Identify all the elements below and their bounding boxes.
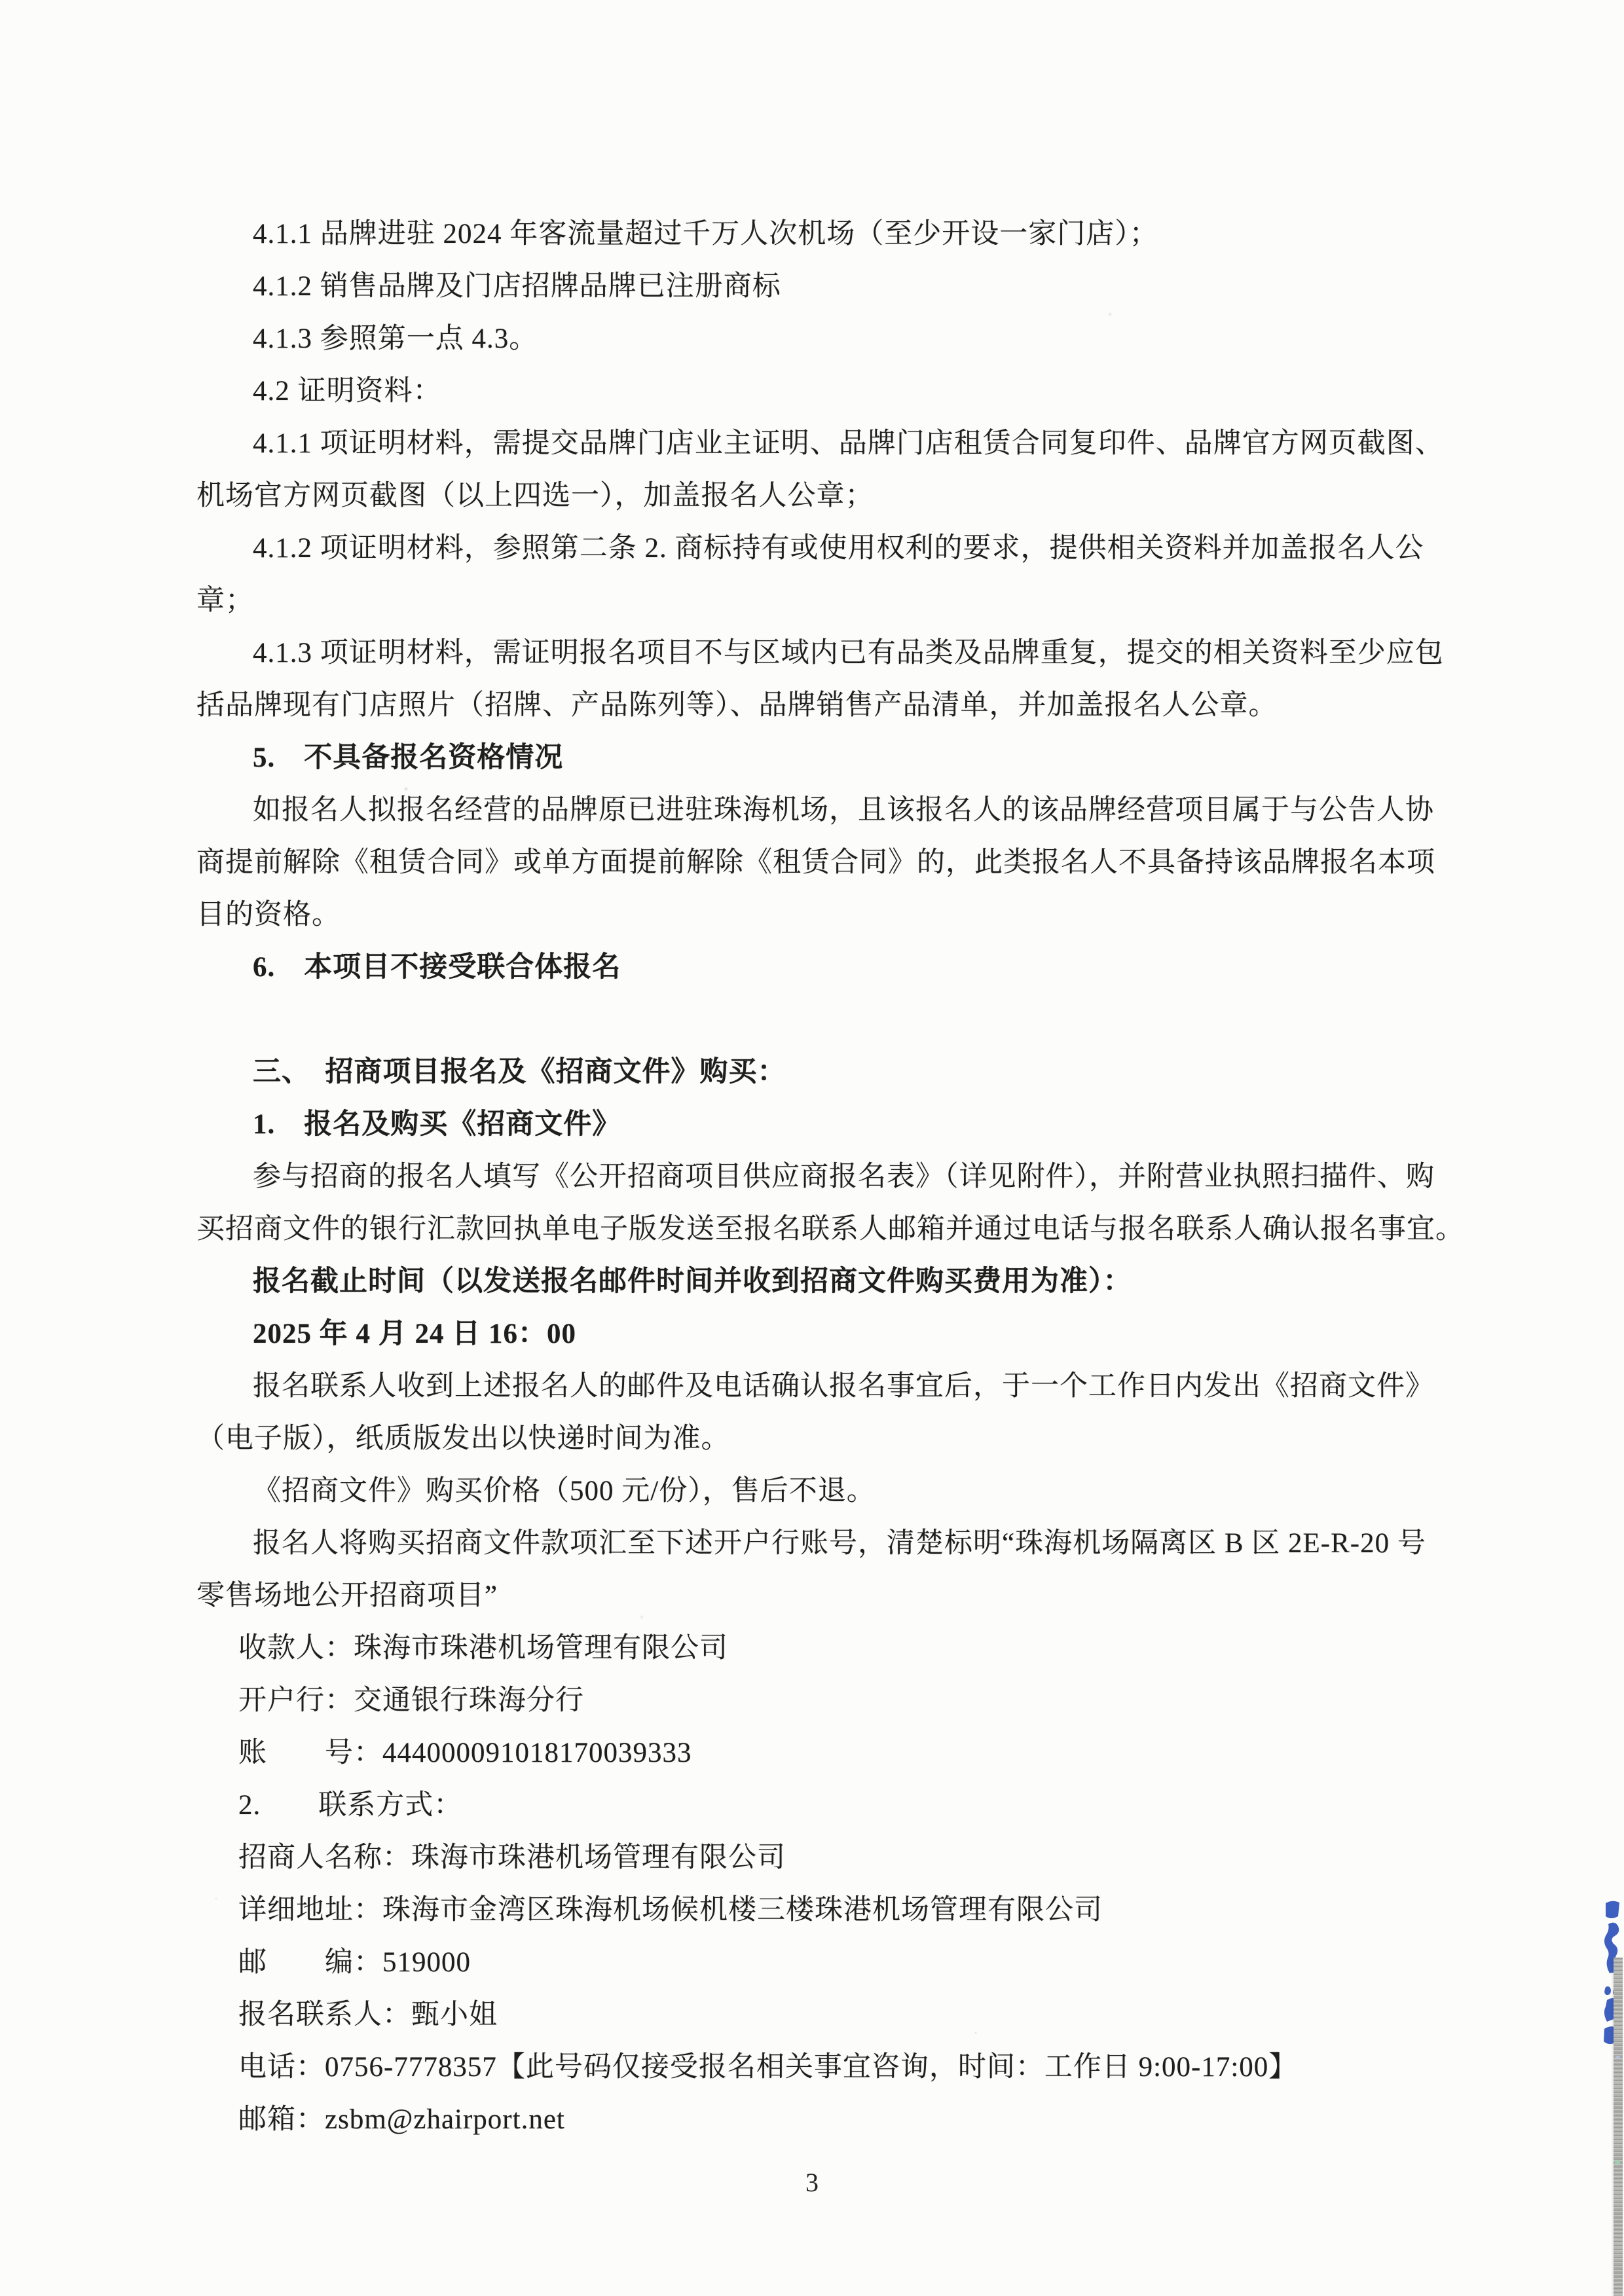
account-number-line: 账 号：444000091018170039333 xyxy=(196,1727,1447,1779)
scan-color-fleck xyxy=(1615,2160,1620,2164)
doc-line: 4.1.2 销售品牌及门店招牌品牌已注册商标 xyxy=(196,261,1447,313)
doc-line: 买招商文件的银行汇款回执单电子版发送至报名联系人邮箱并通过电话与报名联系人确认报… xyxy=(196,1203,1447,1256)
doc-line: 4.1.3 项证明材料，需证明报名项目不与区域内已有品类及品牌重复，提交的相关资… xyxy=(196,627,1447,680)
doc-line: 商提前解除《租赁合同》或单方面提前解除《租赁合同》的，此类报名人不具备持该品牌报… xyxy=(196,837,1447,889)
scanned-document-page: 4.1.1 品牌进驻 2024 年客流量超过千万人次机场（至少开设一家门店）； … xyxy=(0,0,1624,2296)
document-body: 4.1.1 品牌进驻 2024 年客流量超过千万人次机场（至少开设一家门店）； … xyxy=(196,208,1447,2146)
doc-line: 括品牌现有门店照片（招牌、产品陈列等）、品牌销售产品清单，并加盖报名人公章。 xyxy=(196,680,1447,732)
email-line: 邮箱：zsbm@zhairport.net xyxy=(196,2094,1447,2146)
address-line: 详细地址：珠海市金湾区珠海机场候机楼三楼珠港机场管理有限公司 xyxy=(196,1884,1447,1937)
doc-line: 4.1.3 参照第一点 4.3。 xyxy=(196,313,1447,365)
page-number: 3 xyxy=(0,2167,1624,2198)
doc-line: 4.1.1 项证明材料，需提交品牌门店业主证明、品牌门店租赁合同复印件、品牌官方… xyxy=(196,418,1447,470)
scan-color-fleck xyxy=(1615,2056,1620,2058)
doc-line: 4.1.2 项证明材料，参照第二条 2. 商标持有或使用权利的要求，提供相关资料… xyxy=(196,522,1447,575)
doc-line: 如报名人拟报名经营的品牌原已进驻珠海机场，且该报名人的该品牌经营项目属于与公告人… xyxy=(196,784,1447,837)
doc-line: （电子版），纸质版发出以快递时间为准。 xyxy=(196,1413,1447,1465)
doc-line: 参与招商的报名人填写《公开招商项目供应商报名表》（详见附件），并附营业执照扫描件… xyxy=(196,1151,1447,1203)
payee-line: 收款人：珠海市珠港机场管理有限公司 xyxy=(196,1622,1447,1675)
doc-line: 零售场地公开招商项目” xyxy=(196,1570,1447,1622)
heading-section-three: 三、 招商项目报名及《招商文件》购买： xyxy=(196,1046,1447,1099)
heading-no-qualification: 5. 不具备报名资格情况 xyxy=(196,732,1447,784)
doc-line: 章； xyxy=(196,575,1447,627)
doc-line: 4.1.1 品牌进驻 2024 年客流量超过千万人次机场（至少开设一家门店）； xyxy=(196,208,1447,261)
heading-signup-purchase: 1. 报名及购买《招商文件》 xyxy=(196,1099,1447,1151)
contact-person-line: 报名联系人：甄小姐 xyxy=(196,1989,1447,2041)
doc-line: 机场官方网页截图（以上四选一），加盖报名人公章； xyxy=(196,470,1447,522)
deadline-datetime: 2025 年 4 月 24 日 16：00 xyxy=(196,1308,1447,1360)
recruiter-name-line: 招商人名称：珠海市珠港机场管理有限公司 xyxy=(196,1832,1447,1884)
phone-line: 电话：0756-7778357【此号码仅接受报名相关事宜咨询，时间：工作日 9:… xyxy=(196,2041,1447,2094)
bank-line: 开户行：交通银行珠海分行 xyxy=(196,1675,1447,1727)
doc-line: 目的资格。 xyxy=(196,889,1447,941)
doc-line: 报名人将购买招商文件款项汇至下述开户行账号，清楚标明“珠海机场隔离区 B 区 2… xyxy=(196,1518,1447,1570)
blank-line xyxy=(196,994,1447,1046)
doc-line: 4.2 证明资料： xyxy=(196,365,1447,418)
scan-edge-artifact xyxy=(1614,1958,1623,2296)
contact-heading-line: 2. 联系方式： xyxy=(196,1779,1447,1832)
doc-line: 《招商文件》购买价格（500 元/份），售后不退。 xyxy=(196,1465,1447,1518)
doc-line: 报名联系人收到上述报名人的邮件及电话确认报名事宜后，于一个工作日内发出《招商文件… xyxy=(196,1360,1447,1413)
heading-no-consortium: 6. 本项目不接受联合体报名 xyxy=(196,941,1447,994)
deadline-label: 报名截止时间（以发送报名邮件时间并收到招商文件购买费用为准）： xyxy=(196,1256,1447,1308)
postcode-line: 邮 编：519000 xyxy=(196,1937,1447,1989)
